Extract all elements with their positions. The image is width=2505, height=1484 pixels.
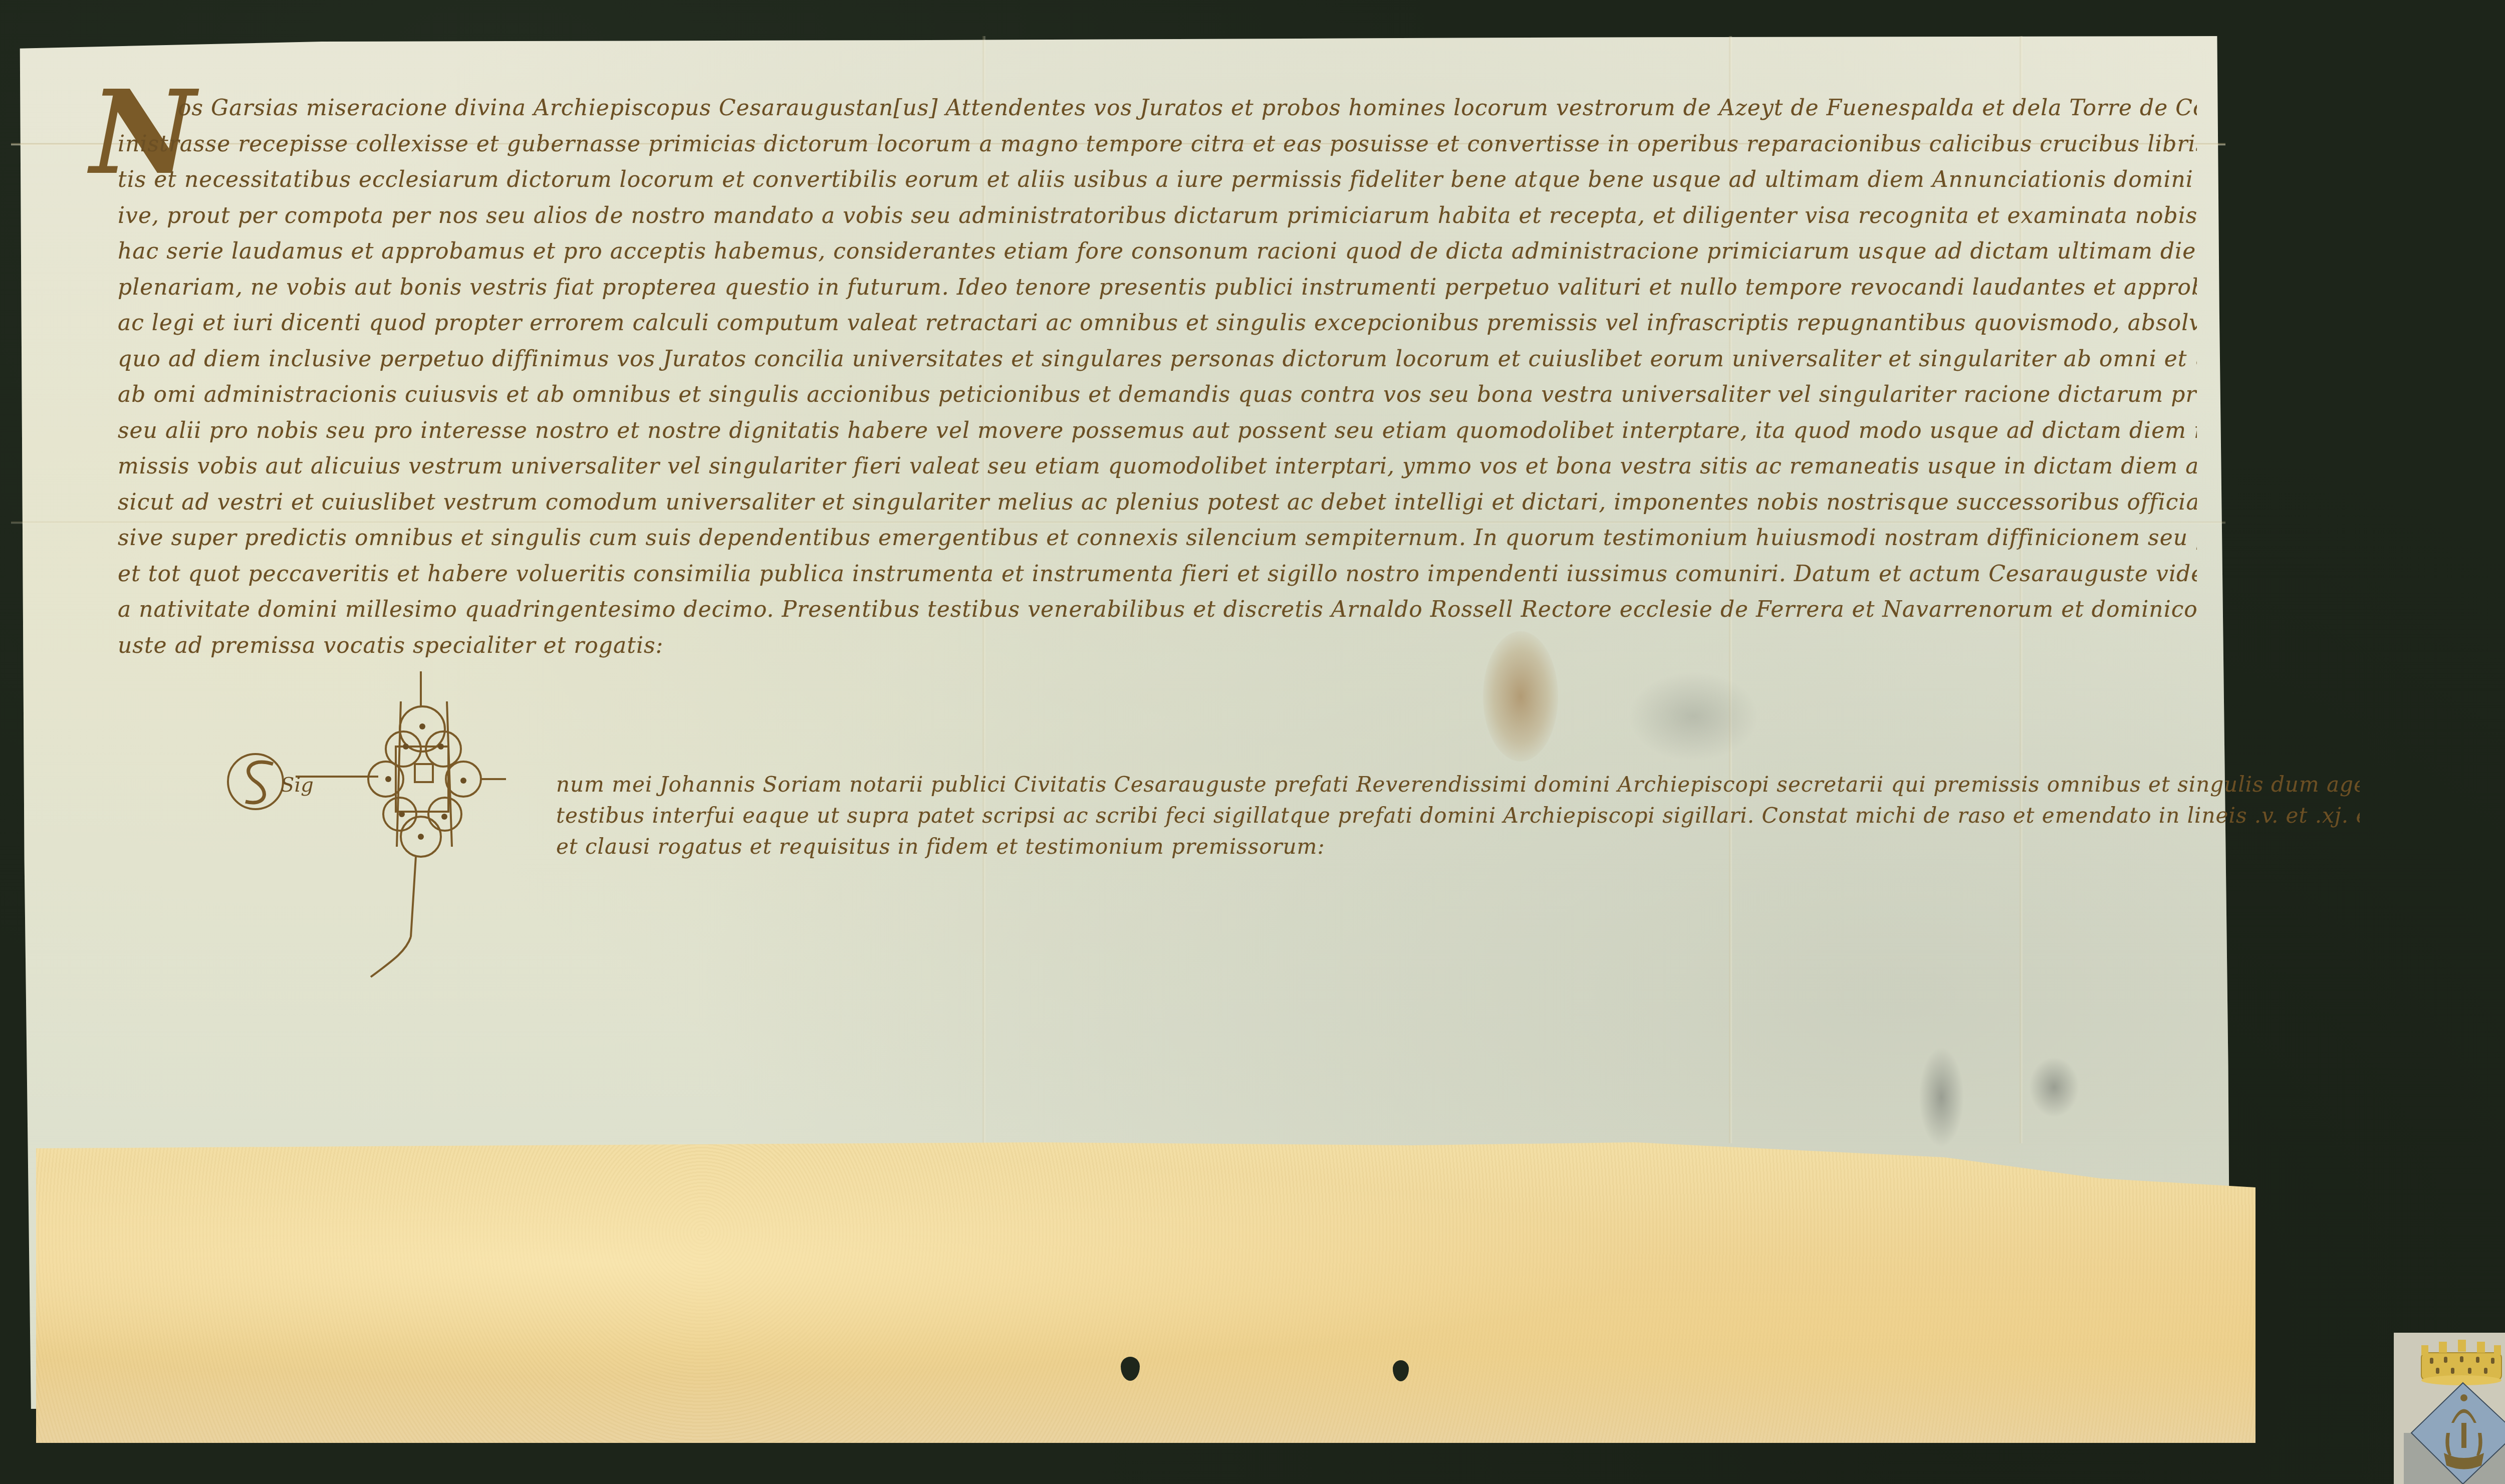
text-line: hac serie laudamus et approbamus et pro … xyxy=(118,233,2197,270)
text-line: a nativitate domini millesimo quadringen… xyxy=(118,592,2197,628)
text-line: tis et necessitatibus ecclesiarum dictor… xyxy=(118,162,2197,198)
dark-blot xyxy=(2029,1057,2079,1117)
subscription-line: et clausi rogatus et requisitus in fidem… xyxy=(556,831,2360,862)
text-line: quo ad diem inclusive perpetuo diffinimu… xyxy=(118,341,2197,377)
text-line: os Garsias miseracione divina Archiepisc… xyxy=(118,90,2197,126)
grey-blot xyxy=(1628,671,1759,762)
signum-prefix: Sig xyxy=(281,774,314,797)
text-line: ac legi et iuri dicenti quod propter err… xyxy=(118,305,2197,341)
text-line: inistrasse recepisse collexisse et guber… xyxy=(118,126,2197,162)
notarial-signum: Sig xyxy=(220,671,561,982)
text-line: et tot quot peccaveritis et habere volue… xyxy=(118,556,2197,592)
notary-knot-icon: Sig xyxy=(220,671,561,982)
charter-text: os Garsias miseracione divina Archiepisc… xyxy=(118,90,2197,663)
dark-blot xyxy=(1919,1047,1964,1147)
text-line: sicut ad vestri et cuiuslibet vestrum co… xyxy=(118,484,2197,521)
text-line: plenariam, ne vobis aut bonis vestris fi… xyxy=(118,270,2197,306)
text-line: uste ad premissa vocatis specialiter et … xyxy=(118,628,2197,664)
text-line: sive super predictis omnibus et singulis… xyxy=(118,520,2197,556)
text-line: ab omi administracionis cuiusvis et ab o… xyxy=(118,377,2197,413)
subscription-line: num mei Johannis Soriam notarii publici … xyxy=(556,769,2360,800)
notarial-subscription: num mei Johannis Soriam notarii publici … xyxy=(556,769,2360,862)
subscription-line: testibus interfui eaque ut supra patet s… xyxy=(556,800,2360,831)
text-line: seu alii pro nobis seu pro interesse nos… xyxy=(118,413,2197,449)
plica-fold xyxy=(36,1142,2256,1443)
crown-and-shield-icon xyxy=(2394,1333,2505,1484)
text-line: ive, prout per compota per nos seu alios… xyxy=(118,198,2197,234)
text-line: missis vobis aut alicuius vestrum univer… xyxy=(118,448,2197,484)
municipal-coat-of-arms-icon xyxy=(2394,1333,2505,1484)
